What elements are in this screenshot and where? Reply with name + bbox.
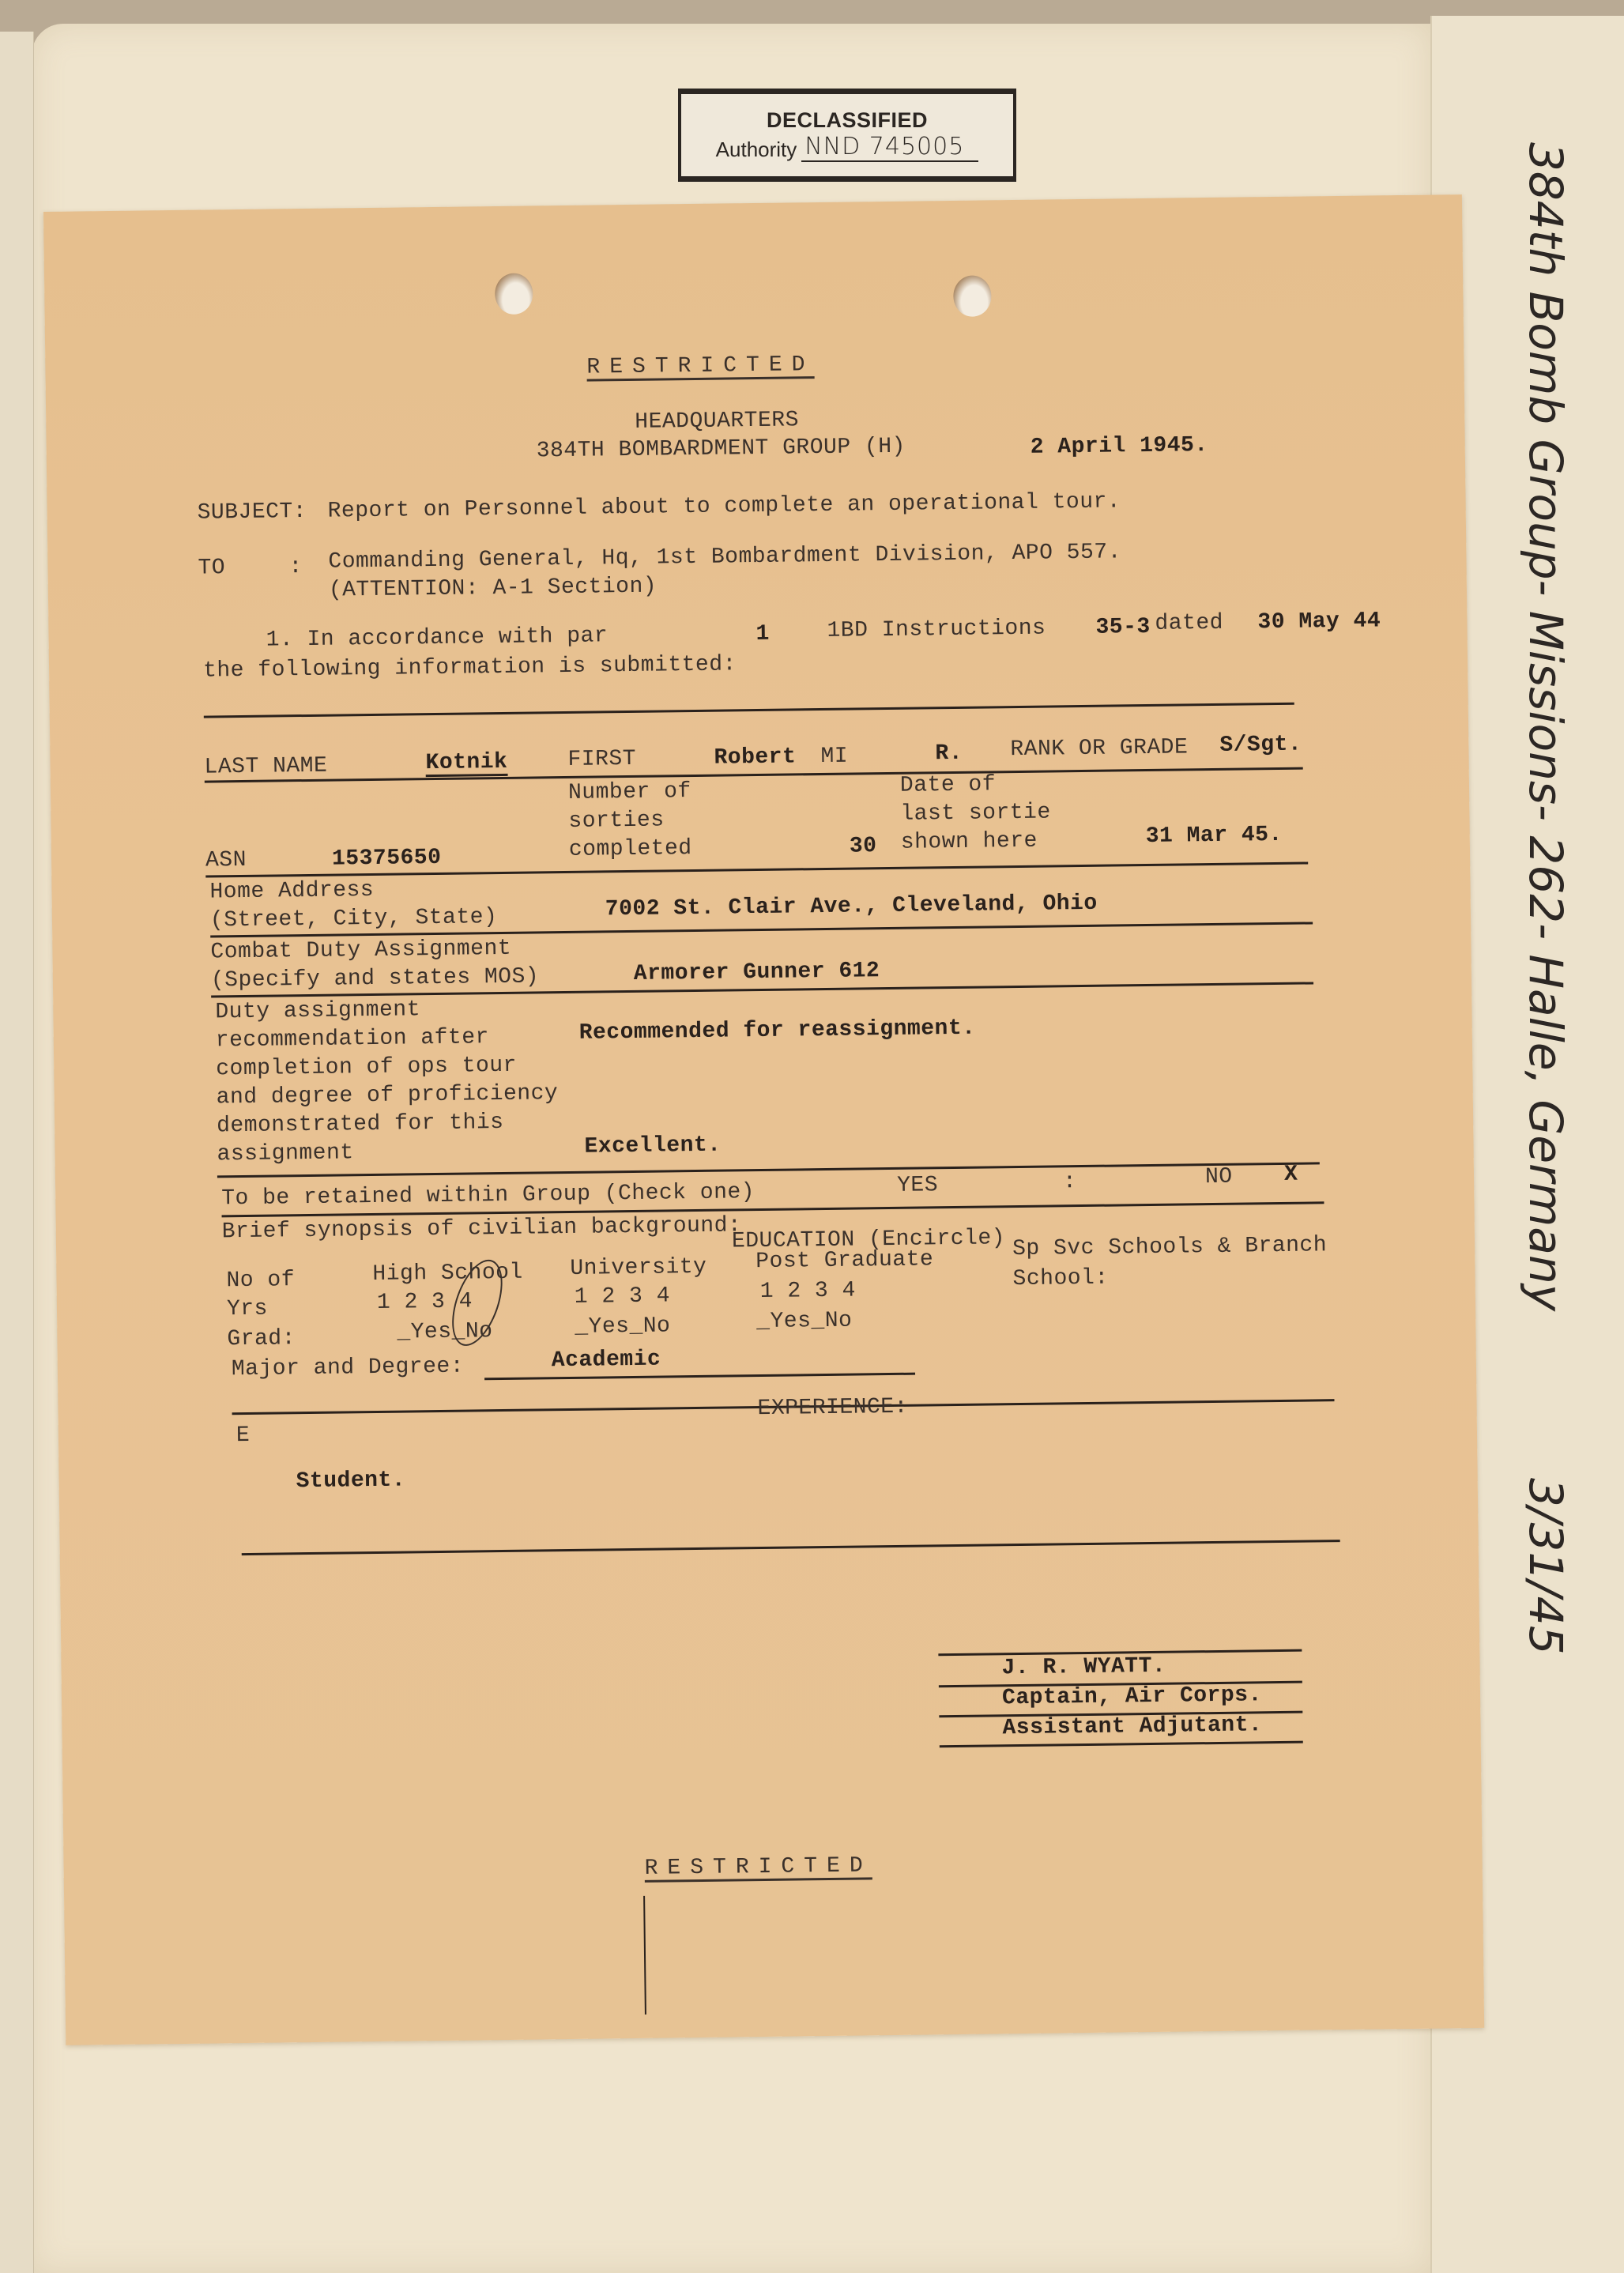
last-sortie-label-2: last sortie bbox=[900, 800, 1051, 826]
duty-rec-label-6: assignment bbox=[217, 1140, 353, 1167]
margin-note-date: 3/31/45 bbox=[1519, 1478, 1573, 1655]
retained-label: To be retained within Group (Check one) bbox=[221, 1180, 755, 1211]
sp-svc-label-2: School: bbox=[1012, 1266, 1108, 1291]
stamp-title: DECLASSIFIED bbox=[681, 108, 1013, 133]
retained-yes: YES bbox=[897, 1173, 938, 1198]
margin-note-vertical: 384th Bomb Group- Missions- 262- Halle, … bbox=[1519, 142, 1573, 1311]
para1-instruction-number: 35-3 bbox=[1095, 615, 1151, 640]
classification-top: RESTRICTED bbox=[586, 352, 814, 380]
grad-label: Grad: bbox=[227, 1326, 296, 1351]
duty-rec-label-1: Duty assignment bbox=[215, 997, 420, 1024]
experience-e: E bbox=[236, 1423, 251, 1448]
to-line2: (ATTENTION: A-1 Section) bbox=[329, 575, 658, 603]
no-of-yrs-label-2: Yrs bbox=[227, 1297, 268, 1322]
last-name-value: Kotnik bbox=[425, 750, 507, 775]
para1-instructions: 1BD Instructions bbox=[827, 616, 1046, 643]
first-name-label: FIRST bbox=[567, 747, 636, 772]
first-name-value: Robert bbox=[714, 744, 796, 770]
major-degree-value: Academic bbox=[552, 1348, 661, 1374]
punch-hole-right bbox=[953, 275, 992, 317]
major-degree-rule bbox=[484, 1373, 915, 1381]
sorties-value: 30 bbox=[850, 834, 877, 858]
university-grad: _Yes_No bbox=[575, 1314, 670, 1339]
retained-separator: : bbox=[1063, 1170, 1077, 1194]
home-address-label-1: Home Address bbox=[209, 878, 374, 905]
combat-duty-label-1: Combat Duty Assignment bbox=[210, 937, 511, 965]
no-of-yrs-label-1: No of bbox=[226, 1268, 295, 1293]
duty-rec-label-2: recommendation after bbox=[216, 1025, 489, 1053]
combat-duty-value: Armorer Gunner 612 bbox=[634, 959, 880, 986]
civilian-background-label: Brief synopsis of civilian background: bbox=[222, 1213, 742, 1244]
declassified-stamp: DECLASSIFIED Authority NND 745005 bbox=[678, 89, 1016, 182]
experience-label: EXPERIENCE: bbox=[757, 1395, 908, 1421]
rank-value: S/Sgt. bbox=[1219, 733, 1302, 758]
to-label: TO bbox=[198, 556, 225, 580]
last-sortie-label-1: Date of bbox=[900, 772, 996, 797]
post-graduate-grad: _Yes_No bbox=[756, 1309, 852, 1334]
last-sortie-date: 31 Mar 45. bbox=[1146, 823, 1283, 849]
form-top-rule bbox=[204, 703, 1294, 718]
signature-name: J. R. WYATT. bbox=[1001, 1654, 1166, 1681]
para1-date: 30 May 44 bbox=[1257, 609, 1381, 635]
sorties-label-3: completed bbox=[569, 836, 692, 862]
stamp-authority-value: NND 745005 bbox=[801, 133, 978, 162]
sp-svc-label-1: Sp Svc Schools & Branch bbox=[1012, 1233, 1327, 1261]
punch-hole-left bbox=[495, 273, 533, 315]
to-line1: Commanding General, Hq, 1st Bombardment … bbox=[328, 540, 1121, 574]
experience-value: Student. bbox=[296, 1468, 405, 1495]
university-years: 1 2 3 4 bbox=[575, 1284, 670, 1309]
asn-value: 15375650 bbox=[332, 846, 442, 872]
classification-bottom: RESTRICTED bbox=[644, 1853, 872, 1881]
para1-dated: dated bbox=[1155, 611, 1223, 636]
subject-label: SUBJECT: bbox=[197, 499, 307, 526]
duty-recommendation-value: Recommended for reassignment. bbox=[579, 1016, 976, 1046]
university-label: University bbox=[570, 1255, 706, 1281]
duty-rec-label-4: and degree of proficiency bbox=[217, 1081, 559, 1110]
duty-rec-rule bbox=[217, 1162, 1320, 1178]
mi-value: R. bbox=[935, 741, 963, 766]
stamp-authority-label: Authority bbox=[716, 138, 797, 162]
bottom-bracket-line bbox=[643, 1896, 646, 2015]
org-group: 384TH BOMBARDMENT GROUP (H) bbox=[537, 435, 906, 464]
sorties-label-1: Number of bbox=[568, 779, 691, 805]
last-name-label: LAST NAME bbox=[204, 754, 327, 780]
retained-no-check-mark: X bbox=[1284, 1163, 1298, 1187]
post-graduate-years: 1 2 3 4 bbox=[760, 1279, 856, 1304]
rank-label: RANK OR GRADE bbox=[1010, 735, 1188, 762]
experience-rule bbox=[242, 1540, 1340, 1555]
para1-par-number: 1 bbox=[755, 622, 770, 646]
org-headquarters: HEADQUARTERS bbox=[635, 408, 799, 435]
retained-no: NO bbox=[1205, 1165, 1233, 1189]
post-graduate-label: Post Graduate bbox=[755, 1247, 933, 1274]
subject-text: Report on Personnel about to complete an… bbox=[327, 489, 1121, 523]
signature-rank: Captain, Air Corps. bbox=[1002, 1683, 1262, 1710]
document-date: 2 April 1945. bbox=[1031, 433, 1208, 460]
report-form-sheet: RESTRICTED HEADQUARTERS 384TH BOMBARDMEN… bbox=[43, 194, 1484, 2045]
asn-label: ASN bbox=[205, 848, 247, 873]
duty-rec-label-5: demonstrated for this bbox=[217, 1110, 504, 1138]
duty-rec-label-3: completion of ops tour bbox=[216, 1054, 517, 1082]
para1-prefix: 1. In accordance with par bbox=[266, 624, 608, 652]
para1-line2: the following information is submitted: bbox=[203, 652, 737, 683]
high-school-grad: _Yes_No bbox=[397, 1319, 492, 1344]
home-address-value: 7002 St. Clair Ave., Cleveland, Ohio bbox=[605, 891, 1098, 922]
home-address-label-2: (Street, City, State) bbox=[210, 905, 498, 933]
mi-label: MI bbox=[820, 744, 848, 769]
to-colon: : bbox=[288, 555, 303, 579]
last-sortie-label-3: shown here bbox=[901, 829, 1038, 855]
signature-title: Assistant Adjutant. bbox=[1002, 1713, 1262, 1740]
signature-rule-4 bbox=[940, 1741, 1303, 1748]
sorties-label-2: sorties bbox=[568, 808, 664, 833]
major-degree-label: Major and Degree: bbox=[232, 1355, 465, 1382]
combat-duty-label-2: (Specify and states MOS) bbox=[211, 964, 540, 993]
folder-edge bbox=[0, 32, 34, 2273]
proficiency-value: Excellent. bbox=[584, 1133, 721, 1159]
